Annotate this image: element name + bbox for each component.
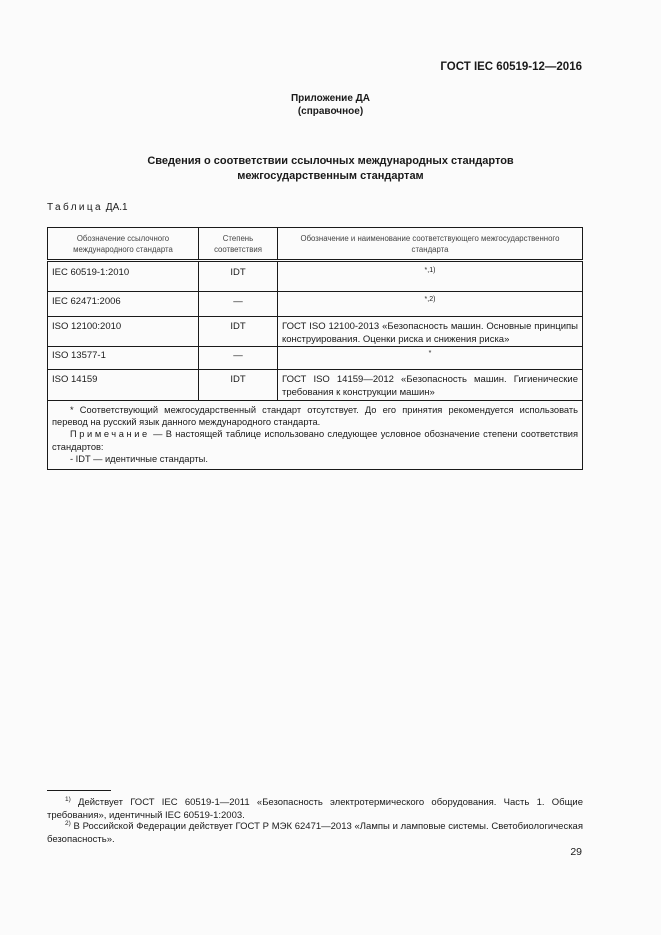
section-title-line2: межгосударственным стандартам	[0, 169, 661, 184]
cell-degree: —	[199, 347, 278, 370]
cell-ref: IEC 60519-1:2010	[48, 261, 199, 292]
table-footer: * Соответствующий межгосударственный ста…	[48, 401, 583, 470]
note-label: Примечание	[70, 429, 150, 439]
table-caption-word: Таблица	[47, 202, 103, 213]
section-title: Сведения о соответствии ссылочных междун…	[0, 154, 661, 184]
table-note: Примечание — В настоящей таблице использ…	[52, 428, 578, 452]
column-header-national: Обозначение и наименование соответствующ…	[278, 228, 583, 261]
table-header-row: Обозначение ссылочного международного ст…	[48, 228, 583, 261]
footnote-separator	[47, 790, 111, 791]
cell-national: *,2)	[278, 292, 583, 317]
document-id: ГОСТ IEC 60519-12—2016	[440, 61, 582, 73]
annex-title: Приложение ДА	[0, 92, 661, 105]
cell-national: ГОСТ ISO 14159—2012 «Безопасность машин.…	[278, 370, 583, 401]
table-footer-row: * Соответствующий межгосударственный ста…	[48, 401, 583, 470]
column-header-degree: Степень соответствия	[199, 228, 278, 261]
cell-degree: IDT	[199, 317, 278, 347]
footnote-2-text: В Российской Федерации действует ГОСТ Р …	[47, 821, 583, 845]
table-row: ISO 12100:2010 IDT ГОСТ ISO 12100-2013 «…	[48, 317, 583, 347]
table-row: ISO 14159 IDT ГОСТ ISO 14159—2012 «Безоп…	[48, 370, 583, 401]
footnote-2: 2) В Российской Федерации действует ГОСТ…	[47, 818, 583, 846]
cell-degree: IDT	[199, 261, 278, 292]
star-footnote: * Соответствующий межгосударственный ста…	[52, 404, 578, 428]
annex-heading: Приложение ДА (справочное)	[0, 92, 661, 118]
cell-national: *	[278, 347, 583, 370]
column-header-ref: Обозначение ссылочного международного ст…	[48, 228, 199, 261]
cell-ref: IEC 62471:2006	[48, 292, 199, 317]
table-row: IEC 62471:2006 — *,2)	[48, 292, 583, 317]
page-number: 29	[570, 846, 582, 858]
cell-national: ГОСТ ISO 12100-2013 «Безопасность машин.…	[278, 317, 583, 347]
section-title-line1: Сведения о соответствии ссылочных междун…	[0, 154, 661, 169]
cell-ref: ISO 12100:2010	[48, 317, 199, 347]
table-row: ISO 13577-1 — *	[48, 347, 583, 370]
cell-degree: —	[199, 292, 278, 317]
note-item: - IDT — идентичные стандарты.	[52, 453, 578, 465]
cell-ref: ISO 14159	[48, 370, 199, 401]
cell-national: *,1)	[278, 261, 583, 292]
cell-degree: IDT	[199, 370, 278, 401]
table-caption: Таблица ДА.1	[47, 202, 128, 213]
table-row: IEC 60519-1:2010 IDT *,1)	[48, 261, 583, 292]
correspondence-table: Обозначение ссылочного международного ст…	[47, 227, 583, 470]
annex-type: (справочное)	[0, 105, 661, 118]
table-caption-id: ДА.1	[106, 202, 128, 213]
cell-ref: ISO 13577-1	[48, 347, 199, 370]
